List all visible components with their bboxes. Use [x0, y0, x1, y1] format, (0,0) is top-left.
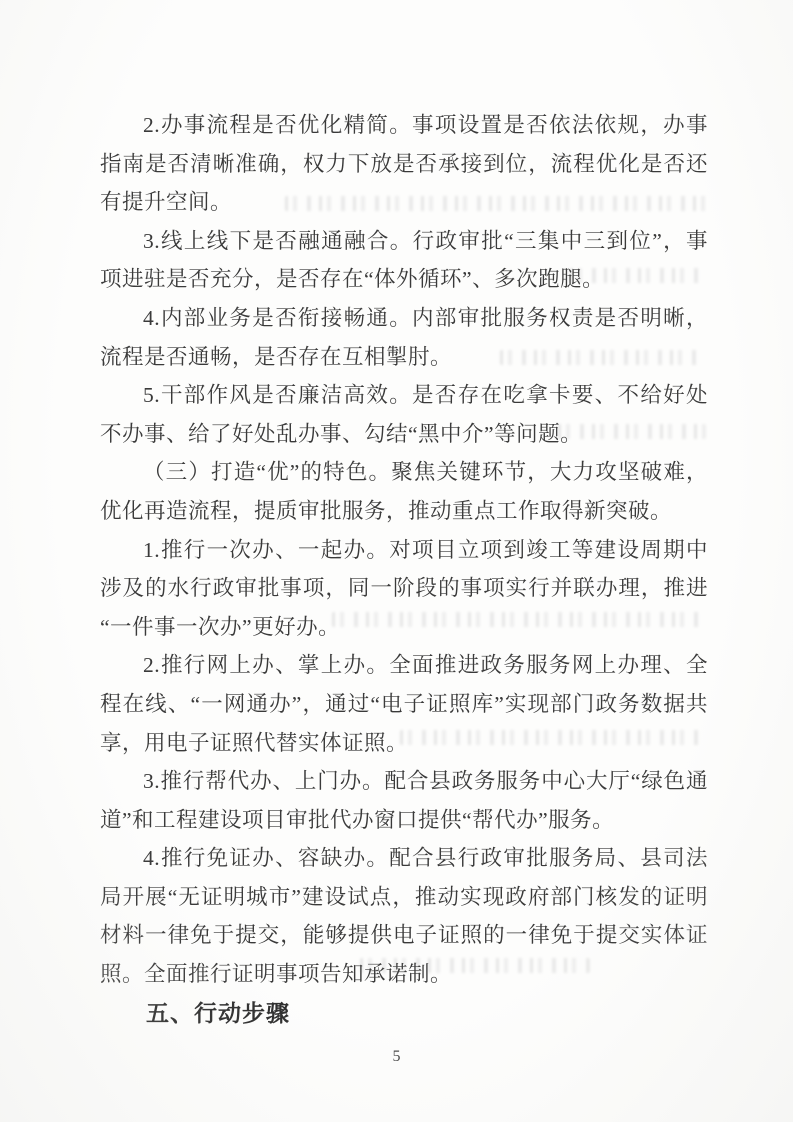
document-body: 2.办事流程是否优化精简。事项设置是否依法依规，办事指南是否清晰准确，权力下放是…: [100, 106, 708, 1032]
section-heading: 五、行动步骤: [100, 994, 708, 1033]
body-paragraph: 2.推行网上办、掌上办。全面推进政务服务网上办理、全程在线、“一网通办”，通过“…: [100, 646, 708, 762]
page-number: 5: [0, 1048, 793, 1066]
body-paragraph: 4.推行免证办、容缺办。配合县行政审批服务局、县司法局开展“无证明城市”建设试点…: [100, 839, 708, 993]
body-paragraph: 1.推行一次办、一起办。对项目立项到竣工等建设周期中涉及的水行政审批事项，同一阶…: [100, 531, 708, 647]
document-page: 2.办事流程是否优化精简。事项设置是否依法依规，办事指南是否清晰准确，权力下放是…: [0, 0, 793, 1122]
body-paragraph: 3.线上线下是否融通融合。行政审批“三集中三到位”，事项进驻是否充分，是否存在“…: [100, 222, 708, 299]
body-paragraph: 4.内部业务是否衔接畅通。内部审批服务权责是否明晰，流程是否通畅，是否存在互相掣…: [100, 299, 708, 376]
body-paragraph: 5.干部作风是否廉洁高效。是否存在吃拿卡要、不给好处不办事、给了好处乱办事、勾结…: [100, 376, 708, 453]
body-paragraph: （三）打造“优”的特色。聚焦关键环节，大力攻坚破难，优化再造流程，提质审批服务，…: [100, 453, 708, 530]
body-paragraph: 2.办事流程是否优化精简。事项设置是否依法依规，办事指南是否清晰准确，权力下放是…: [100, 106, 708, 222]
body-paragraph: 3.推行帮代办、上门办。配合县政务服务中心大厅“绿色通道”和工程建设项目审批代办…: [100, 762, 708, 839]
